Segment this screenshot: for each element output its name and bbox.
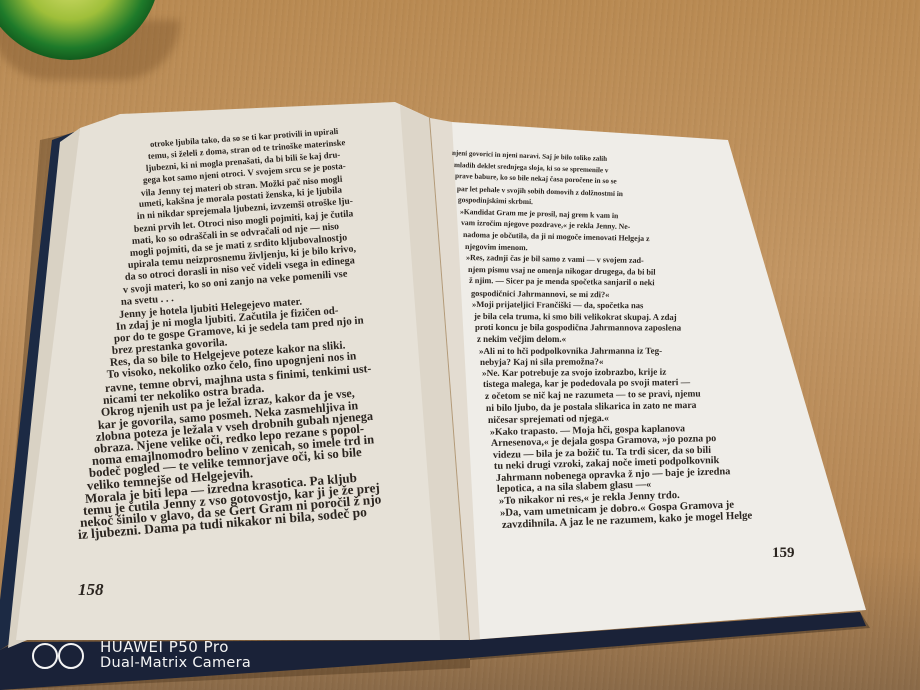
text-line: »Ali ni to hči podpolkovnika Jahrmanna i… [479, 346, 662, 355]
text-line: nebyja? Kaj ni sila premožna?« [480, 358, 603, 368]
right-page-number: 159 [772, 545, 795, 562]
text-line: »Moji prijateljici Frančiški — da, spoče… [472, 300, 643, 310]
text-line: z nekim večjim delom.« [477, 335, 566, 344]
text-line: je bila cela truma, ki smo bili velikokr… [474, 312, 677, 322]
text-line: njegovim imenom. [464, 243, 527, 252]
text-line: ničesar sprejemati od njega.« [488, 414, 609, 426]
camera-watermark: HUAWEI P50 Pro Dual-Matrix Camera [32, 640, 251, 671]
watermark-camera: Dual-Matrix Camera [100, 656, 251, 671]
camera-logo-icon [32, 641, 90, 669]
watermark-model: HUAWEI P50 Pro [100, 640, 251, 656]
text-line: »Ne. Kar potrebuje za svojo izobrazbo, k… [482, 368, 666, 379]
text-line: proti koncu je bila gospodična Jahrmanno… [475, 323, 681, 332]
left-page-number: 158 [78, 580, 104, 600]
text-line: gospodičnici Jahrmannovi, se mi zdi?« [471, 289, 609, 299]
